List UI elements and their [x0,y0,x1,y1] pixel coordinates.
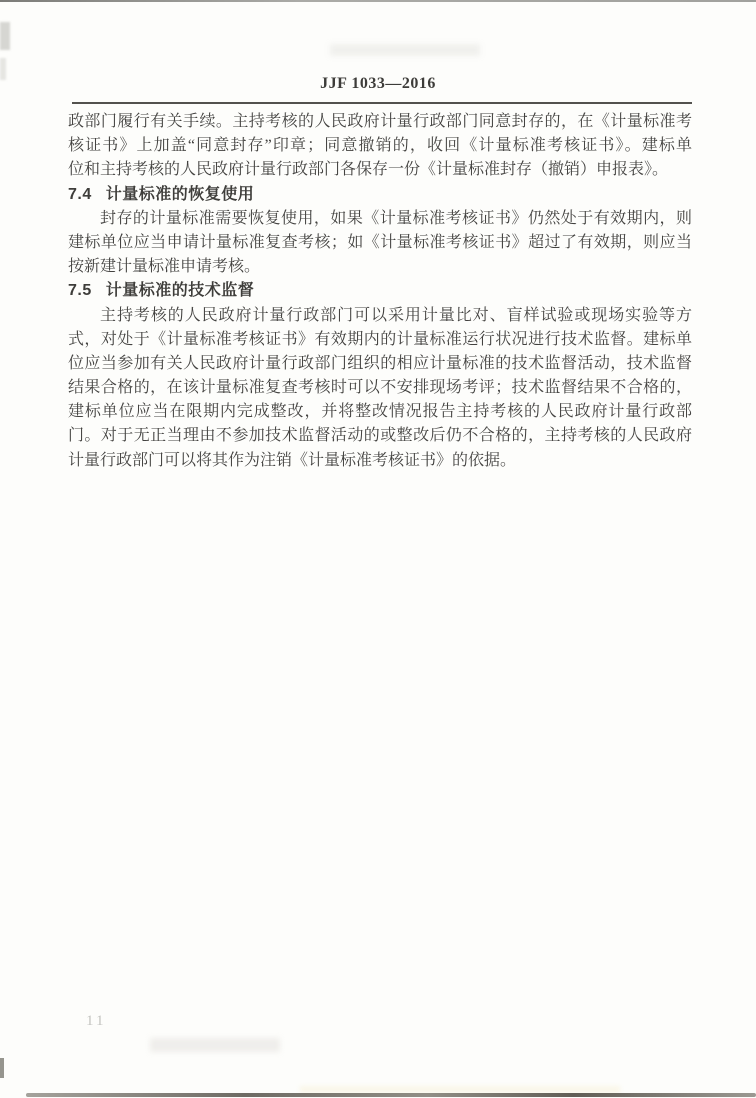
body-text-line: 位和主持考核的人民政府计量行政部门各保存一份《计量标准封存（撤销）申报表》。 [68,158,692,182]
scan-artifact-left-mark [0,22,10,50]
body-text: 政部门履行有关手续。主持考核的人民政府计量行政部门同意封存的，在《计量标准考 核… [68,110,692,473]
body-text-line: 按新建计量标准申请考核。 [68,255,692,279]
scan-artifact-top-edge [0,0,756,2]
section-7-5-heading: 7.5计量标准的技术监督 [68,279,692,303]
body-text-line: 政部门履行有关手续。主持考核的人民政府计量行政部门同意封存的，在《计量标准考 [68,110,692,134]
scan-artifact-left-mark [0,1058,4,1078]
section-7-5-title: 计量标准的技术监督 [106,282,255,299]
body-text-line: 计量行政部门可以将其作为注销《计量标准考核证书》的依据。 [68,449,692,473]
header-rule [72,102,692,104]
body-text-line: 建标单位应当在限期内完成整改，并将整改情况报告主持考核的人民政府计量行政部 [68,400,692,424]
body-text-line: 核证书》上加盖“同意封存”印章；同意撤销的，收回《计量标准考核证书》。建标单 [68,134,692,158]
body-text-line: 建标单位应当申请计量标准复查考核；如《计量标准考核证书》超过了有效期，则应当 [68,231,692,255]
scan-artifact-bottom-edge [26,1093,756,1097]
body-text-line: 门。对于无正当理由不参加技术监督活动的或整改后仍不合格的，主持考核的人民政府 [68,424,692,448]
body-text-line: 封存的计量标准需要恢复使用，如果《计量标准考核证书》仍然处于有效期内，则 [68,207,692,231]
section-7-4-title: 计量标准的恢复使用 [106,186,255,203]
page-number: 11 [86,1013,106,1030]
document-page: JJF 1033—2016 政部门履行有关手续。主持考核的人民政府计量行政部门同… [0,0,756,1098]
scan-artifact-smudge [330,44,480,56]
scan-artifact-smudge [150,1038,280,1052]
body-text-line: 位应当参加有关人民政府计量行政部门组织的相应计量标准的技术监督活动，技术监督 [68,352,692,376]
section-7-5-number: 7.5 [68,282,92,299]
standard-number: JJF 1033—2016 [0,75,756,93]
body-text-line: 主持考核的人民政府计量行政部门可以采用计量比对、盲样试验或现场实验等方 [68,304,692,328]
body-text-line: 式，对处于《计量标准考核证书》有效期内的计量标准运行状况进行技术监督。建标单 [68,328,692,352]
section-7-4-heading: 7.4计量标准的恢复使用 [68,183,692,207]
scan-artifact-smudge [300,1086,620,1093]
section-7-4-number: 7.4 [68,186,92,203]
body-text-line: 结果合格的，在该计量标准复查考核时可以不安排现场考评；技术监督结果不合格的， [68,376,692,400]
